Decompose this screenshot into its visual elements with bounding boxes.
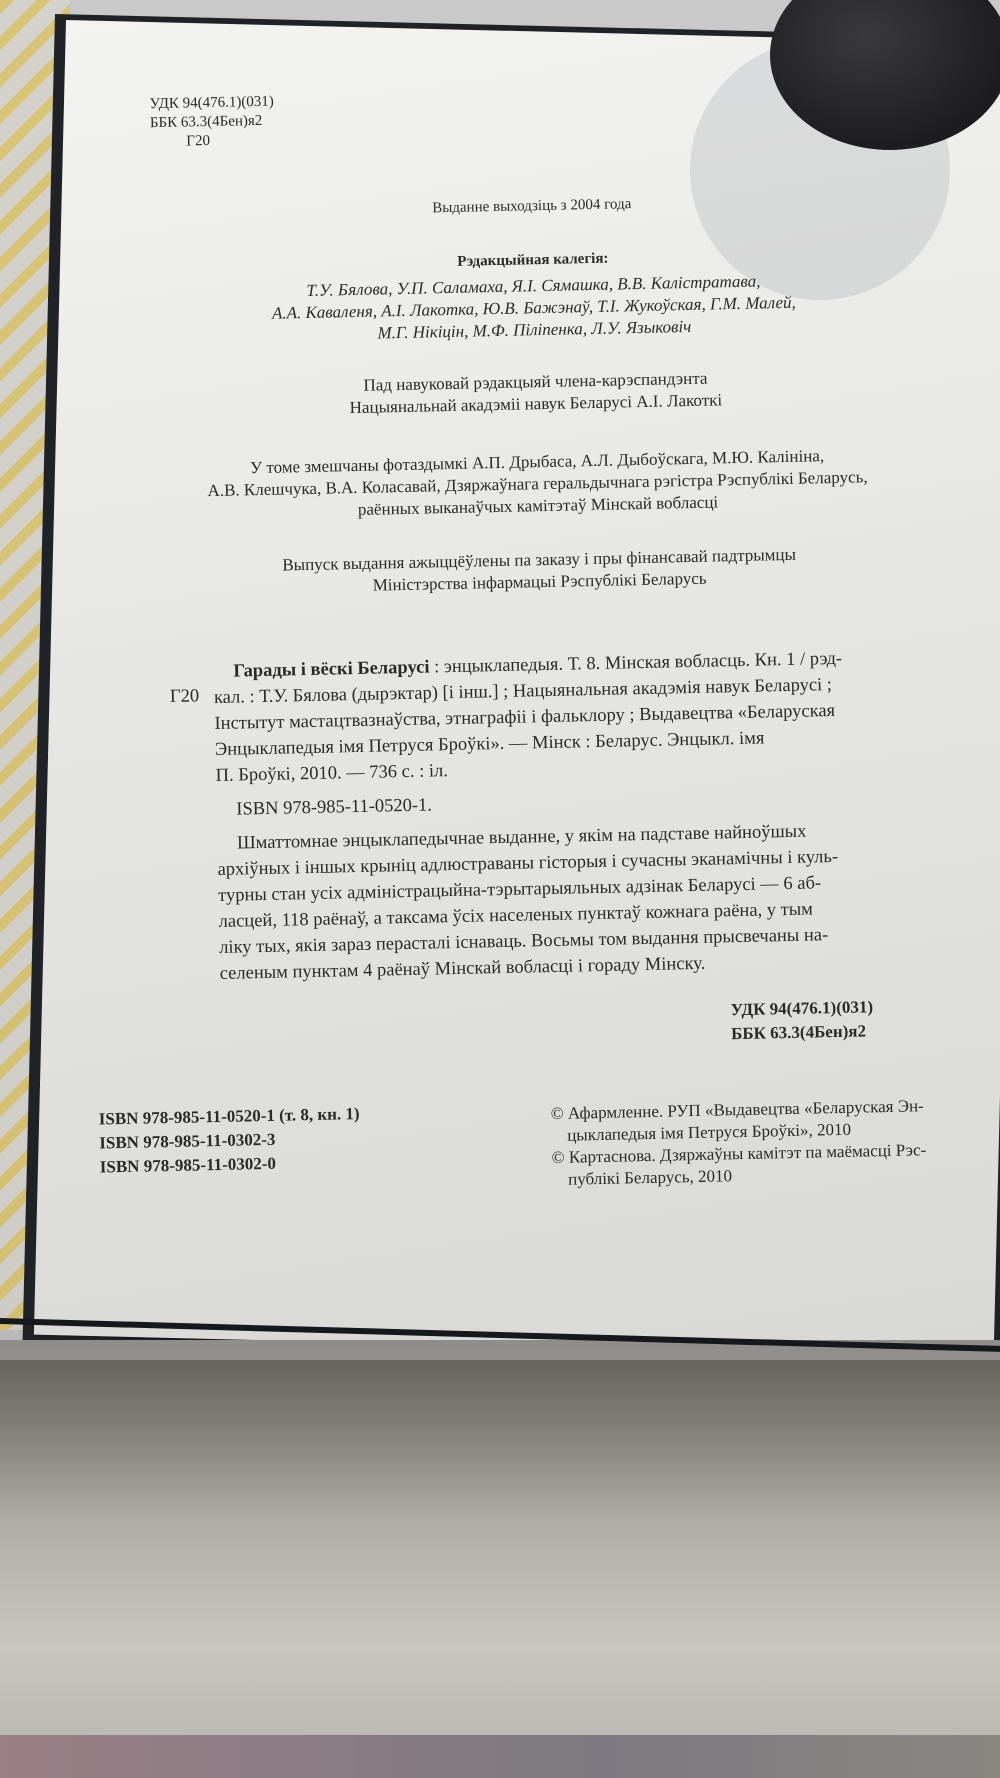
isbn-item: ISBN 978-985-11-0302-0 [100,1153,277,1179]
desk-shadow [0,1360,1000,1520]
bottom-strip [0,1735,1000,1778]
top-bbk: ББК 63.3(4Бен)я2 [150,112,263,133]
catalog-bbk: ББК 63.3(4Бен)я2 [731,1020,866,1045]
catalog-mark: Г20 [170,684,200,710]
catalog-udk: УДК 94(476.1)(031) [730,996,873,1021]
page-content: УДК 94(476.1)(031) ББК 63.3(4Бен)я2 Г20 … [0,0,1000,1340]
catalog-title: Гарады і вёскі Беларусі [233,657,430,681]
catalog-isbn: ISBN 978-985-11-0520-1. [236,793,432,823]
isbn-item: ISBN 978-985-11-0302-3 [99,1129,276,1155]
edition-note: Выданне выходзіць з 2004 года [292,192,772,221]
isbn-item: ISBN 978-985-11-0520-1 (т. 8, кн. 1) [99,1103,360,1130]
catalog-line: П. Броўкі, 2010. — 736 с. : іл. [215,759,448,789]
top-udk: УДК 94(476.1)(031) [149,93,274,115]
top-author-mark: Г20 [186,132,210,151]
copyright-line: публікі Беларусь, 2010 [568,1165,732,1190]
